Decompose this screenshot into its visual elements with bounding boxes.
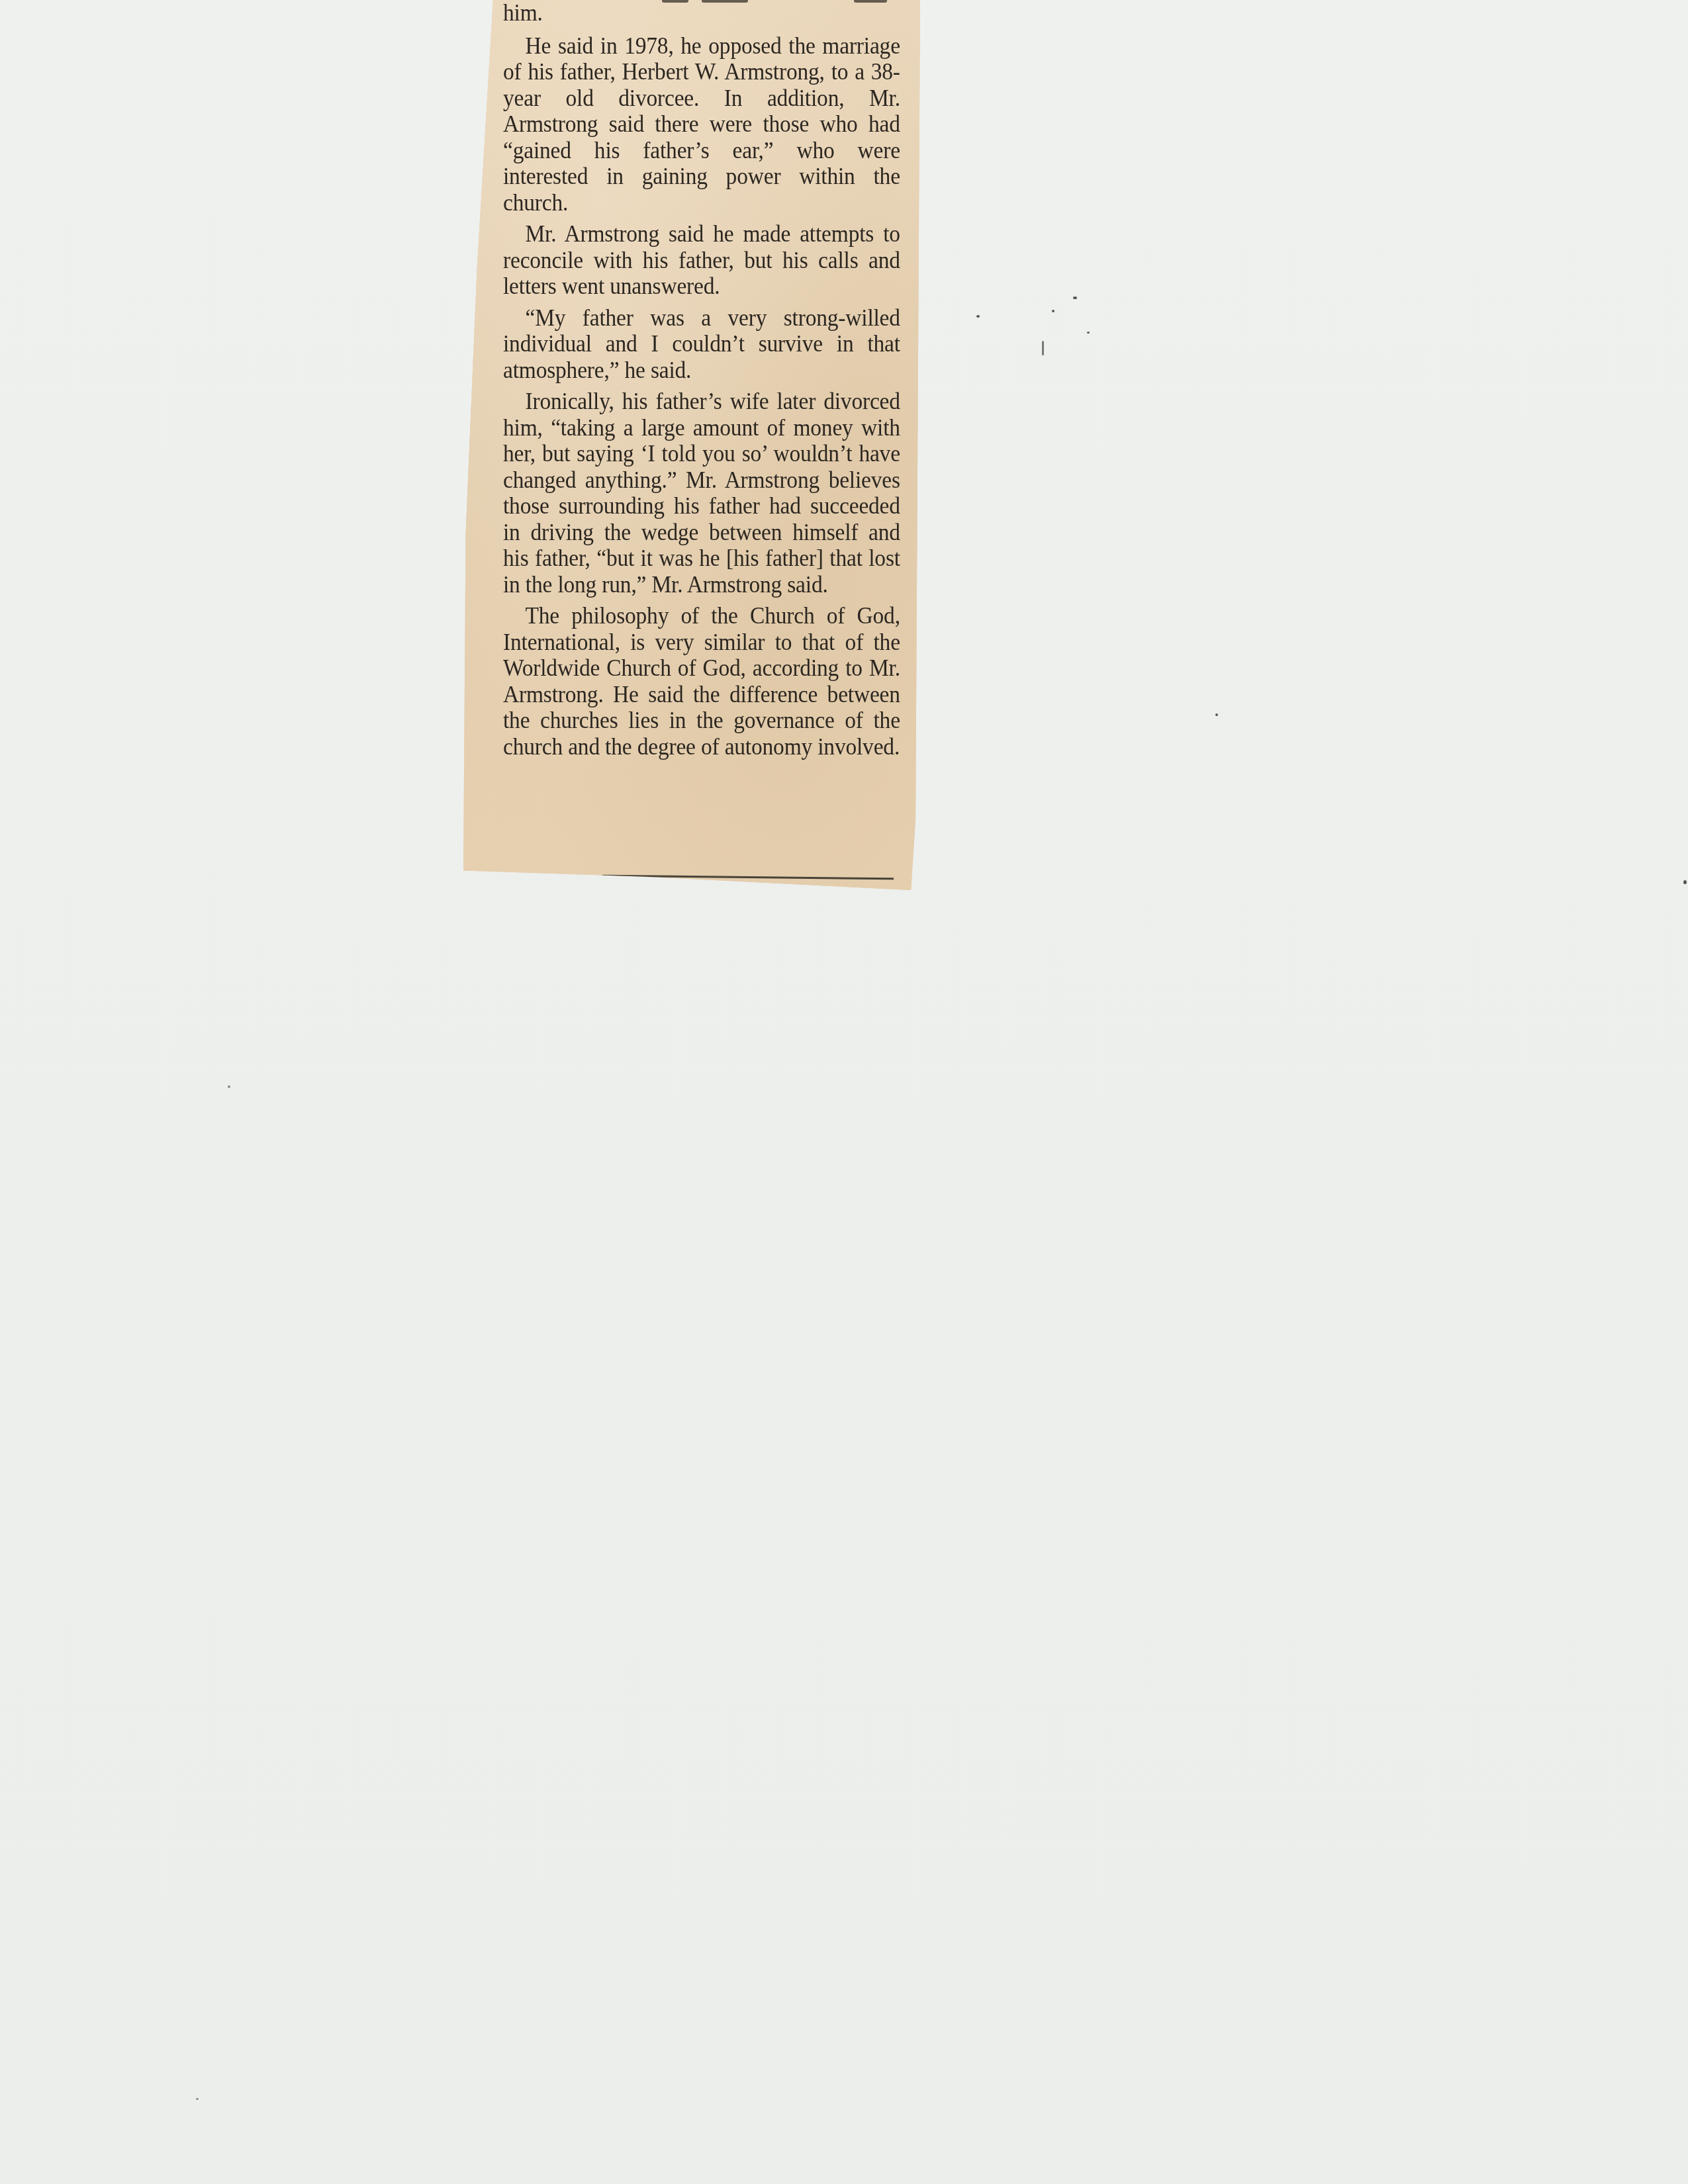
article-paragraph: He said in 1978, he opposed the marriage…	[503, 33, 900, 216]
article-paragraph: Ironically, his father’s wife later divo…	[503, 388, 900, 598]
dust-speck	[1052, 310, 1055, 312]
dust-speck	[196, 2098, 199, 2100]
article-fragment: him.	[503, 0, 900, 26]
article-paragraph: “My father was a very strong-willed indi…	[503, 305, 900, 384]
dust-speck	[976, 315, 980, 318]
scan-page-background: him. He said in 1978, he opposed the mar…	[0, 0, 1688, 2184]
dust-speck	[1087, 332, 1090, 334]
newspaper-clipping: him. He said in 1978, he opposed the mar…	[463, 0, 920, 890]
dust-speck	[228, 1085, 230, 1088]
article-paragraph: The philosophy of the Church of God, Int…	[503, 603, 900, 760]
dust-speck	[1073, 296, 1077, 299]
article-paragraph: Mr. Armstrong said he made at­tempts to …	[503, 221, 900, 300]
dust-speck	[1042, 341, 1044, 355]
dust-speck	[1683, 880, 1687, 884]
dust-speck	[1215, 713, 1218, 716]
column-end-rule	[602, 875, 894, 880]
article-body: him. He said in 1978, he opposed the mar…	[503, 0, 900, 765]
